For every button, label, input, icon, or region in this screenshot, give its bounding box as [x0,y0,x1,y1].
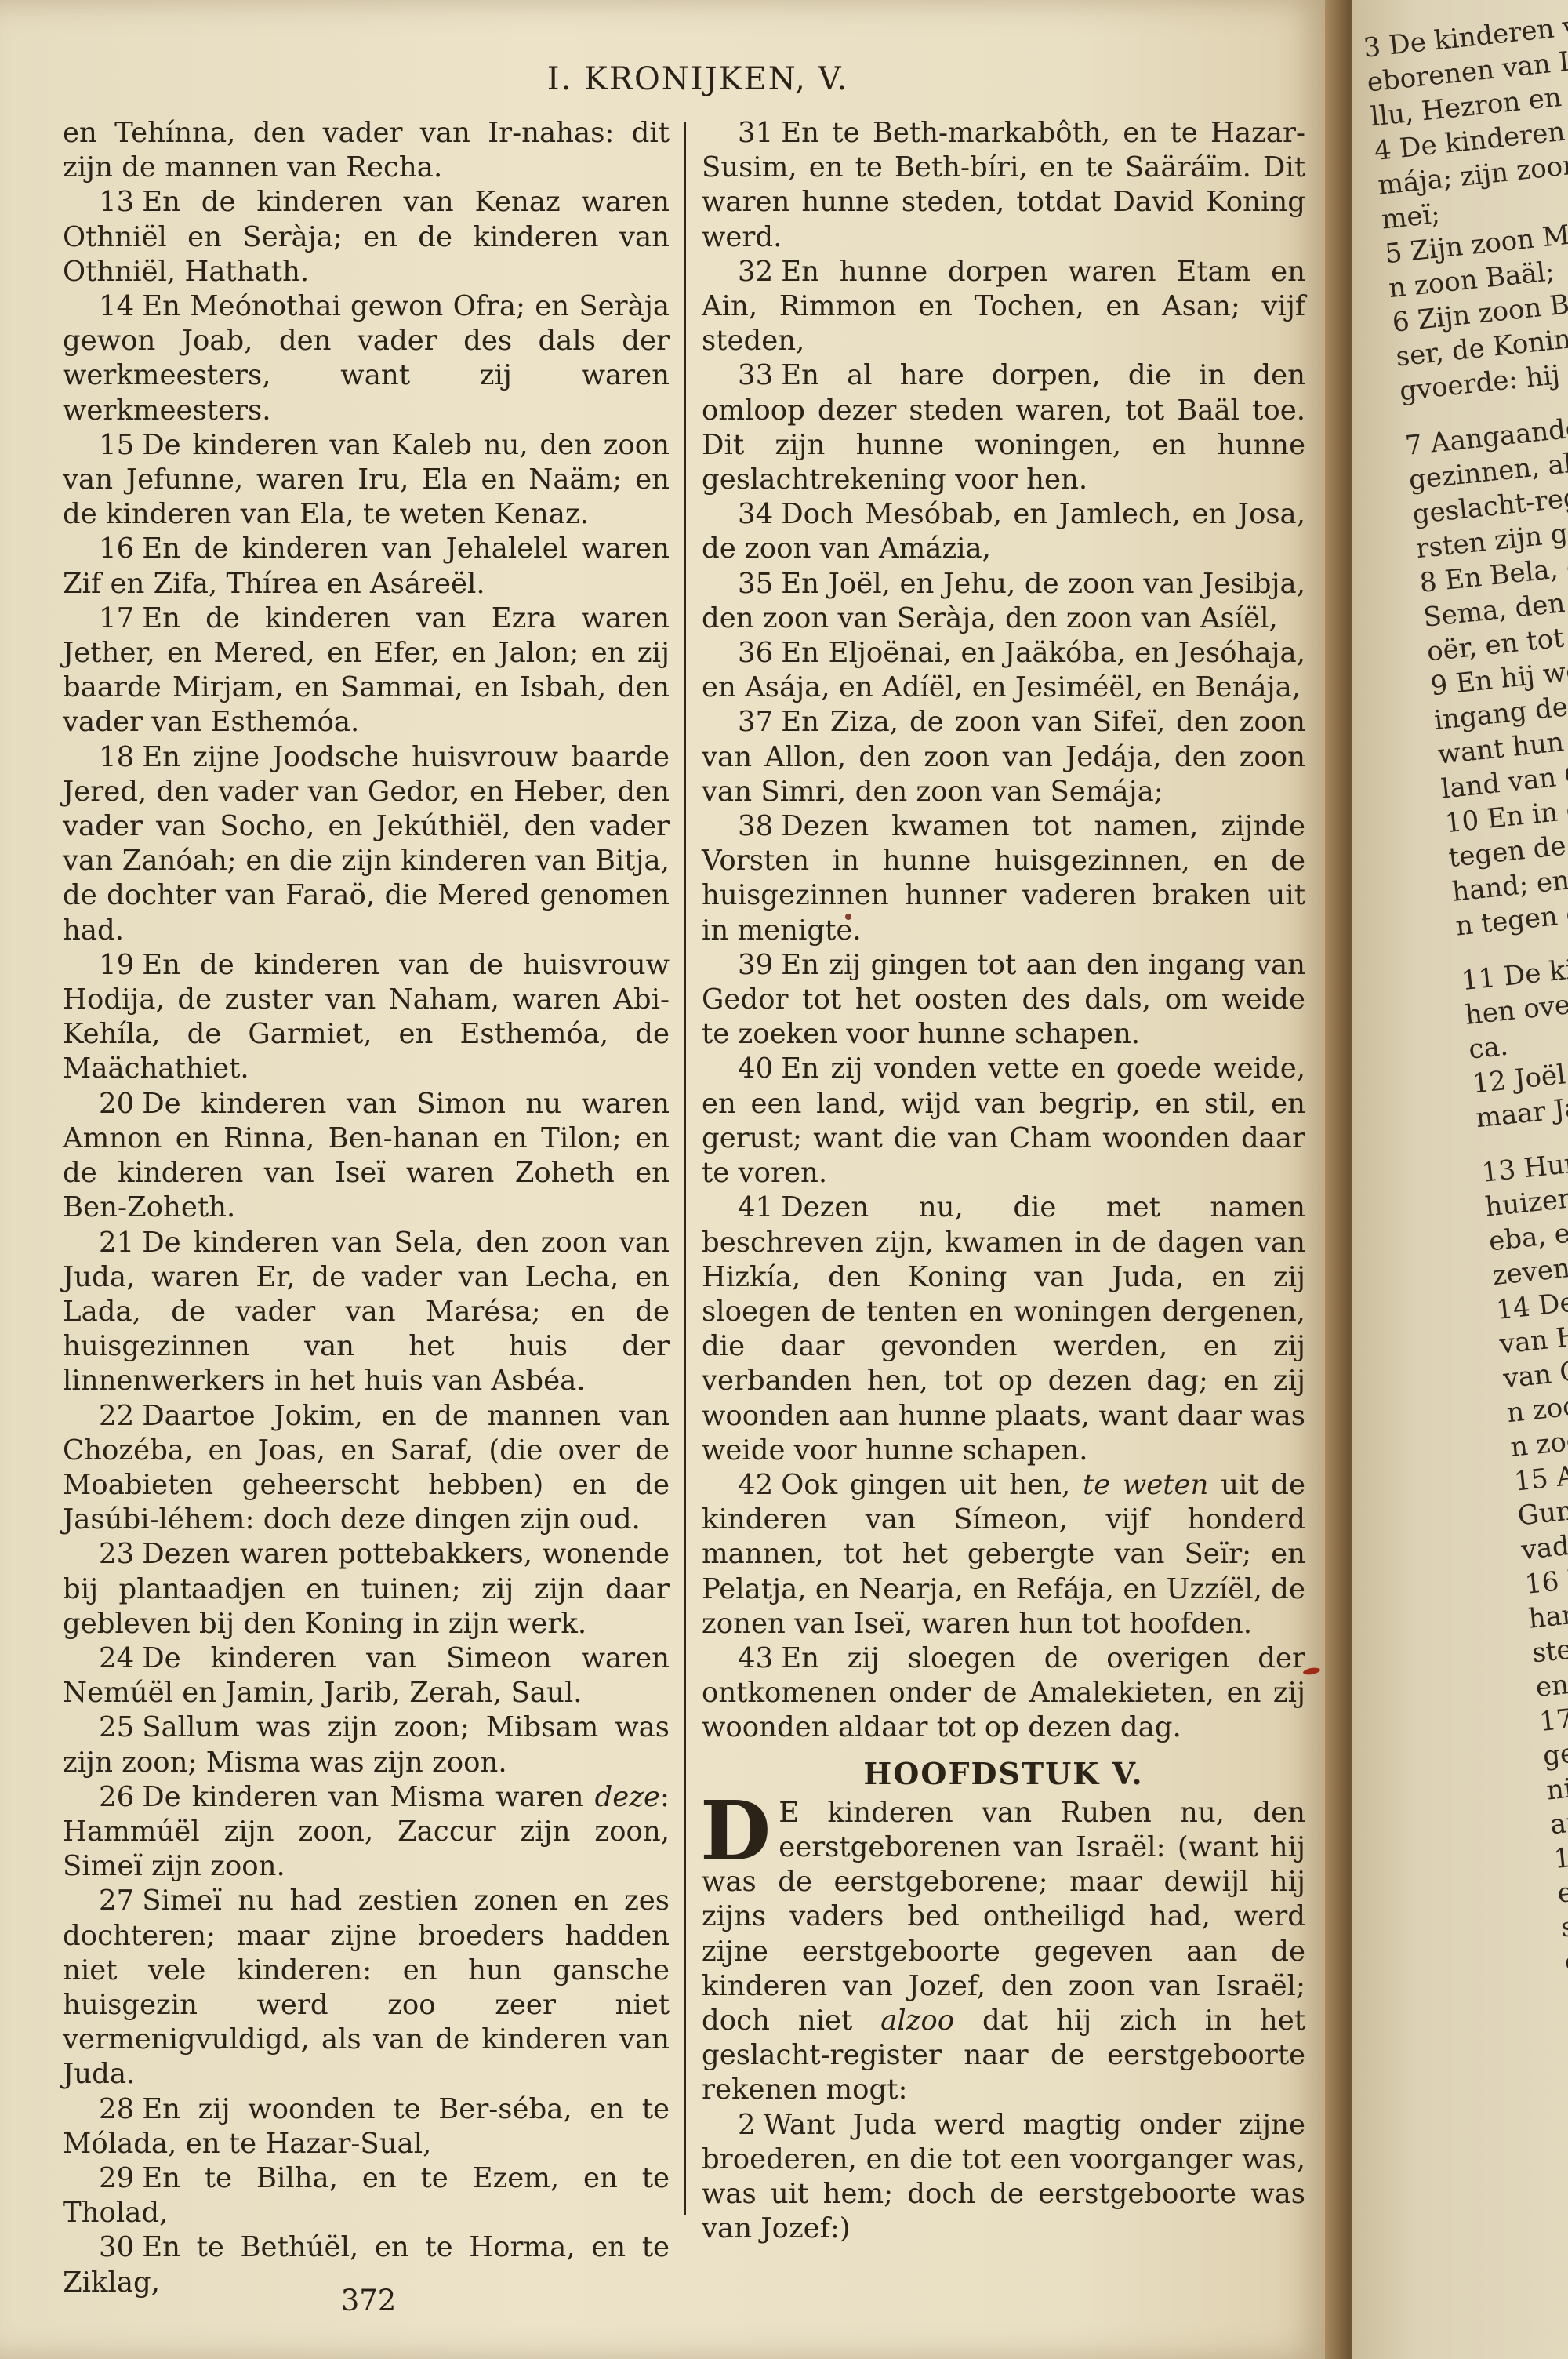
verse: 17En de kinderen van Ezra waren Jether, … [63,602,670,740]
verse-text: Daartoe Jokim, en de mannen van Chozéba,… [63,1400,670,1536]
verse-text: En Meónothai gewon Ofra; en Seràja gewon… [63,290,670,427]
verse-number: 20 [99,1088,134,1120]
verse-number: 43 [738,1642,773,1674]
verse-text: De kinderen van Kaleb nu, den zoon van J… [63,429,670,530]
verse-number: 29 [99,2162,134,2194]
verse-text: E kinderen van Ruben nu, den eerstgebore… [702,1797,1305,2037]
verse-text: En Eljoënai, en Jaäkóba, en Jesóhaja, en… [702,637,1305,703]
verse-number: 34 [738,498,773,530]
verse: 18En zijne Joodsche huisvrouw baarde Jer… [63,740,670,948]
verse-text: Doch Mesóbab, en Jamlech, en Josa, de zo… [702,498,1305,565]
verse-text: De kinderen van Simeon waren Nemúël en J… [63,1642,670,1709]
verse-number: 26 [99,1781,134,1813]
verse-number: 25 [99,1711,134,1743]
verse-number: 27 [99,1885,134,1917]
verse-number: 36 [738,637,773,669]
verse-text: en Tehínna, den vader van Ir-nahas: dit … [63,117,670,184]
verse: 2Want Juda werd magtig onder zijne broed… [702,2108,1305,2247]
verse-text: Dezen waren pottebakkers, wonende bij pl… [63,1538,670,1639]
verse-number: 15 [99,429,134,461]
verse: 13En de kinderen van Kenaz waren Othniël… [63,185,670,289]
verse-number: 23 [99,1538,134,1570]
verse-number: 2 [738,2109,756,2141]
column-divider [684,122,686,2215]
verse: 25Sallum was zijn zoon; Mibsam was zijn … [63,1710,670,1779]
verse: 26De kinderen van Misma waren deze: Hamm… [63,1780,670,1885]
verse-number: 17 [99,602,134,634]
verse-text: De kinderen van Simon nu waren Amnon en … [63,1088,670,1224]
verse-number: 18 [99,741,134,773]
verse-italic-text: te weten [1083,1469,1209,1501]
verse-text: En zij vonden vette en goede weide, en e… [702,1052,1305,1189]
verse-italic-text: alzoo [880,2005,954,2037]
verse: 33En al hare dorpen, die in den omloop d… [702,358,1305,497]
verse-number: 14 [99,290,134,322]
verse-text: Ook gingen uit hen, [781,1469,1083,1501]
verse-number: 16 [99,533,134,565]
verse: 21De kinderen van Sela, den zoon van Jud… [63,1226,670,1399]
verse: 31En te Beth-markabôth, en te Hazar-Susi… [702,116,1305,255]
facing-page-text: 3 De kinderen van Rubeborenen van Israël… [1362,0,1568,2151]
verse: 27Simeï nu had zestien zonen en zes doch… [63,1884,670,2092]
verse-text: Dezen kwamen tot namen, zijnde Vorsten i… [702,810,1305,947]
verse-text: En zij gingen tot aan den ingang van Ged… [702,949,1305,1050]
verse-number: 33 [738,359,773,391]
verse-text: Sallum was zijn zoon; Mibsam was zijn zo… [63,1711,670,1778]
verse-text: De kinderen van Misma waren [142,1781,594,1813]
verse: 39En zij gingen tot aan den ingang van G… [702,948,1305,1052]
verse-number: 21 [99,1227,134,1259]
verse-italic-text: deze [595,1781,660,1813]
verse-text: En de kinderen van Kenaz waren Othniël e… [63,186,670,287]
verse-number: 28 [99,2093,134,2125]
verse-text: En zij woonden te Ber-séba, en te Mólada… [63,2093,670,2160]
verse-text: En te Beth-markabôth, en te Hazar-Susim,… [702,117,1305,253]
verse: 37En Ziza, de zoon van Sifeï, den zoon v… [702,705,1305,809]
verse-text: Dezen nu, die met namen beschreven zijn,… [702,1191,1305,1466]
verse-text: En Joël, en Jehu, de zoon van Jesibja, d… [702,568,1305,634]
verse-text: De kinderen van Sela, den zoon van Juda,… [63,1227,670,1398]
verse-number: 19 [99,949,134,981]
ink-speck [845,914,851,920]
verse-text: En Ziza, de zoon van Sifeï, den zoon van… [702,706,1305,807]
verse-text: Want Juda werd magtig onder zijne broede… [702,2109,1305,2245]
verse-number: 40 [738,1052,773,1085]
verse: 41Dezen nu, die met namen beschreven zij… [702,1190,1305,1468]
verse-number: 32 [738,256,773,288]
verse: 32En hunne dorpen waren Etam en Ain, Rim… [702,255,1305,359]
verse: 43En zij sloegen de overigen der ontkome… [702,1641,1305,1746]
verse: 15De kinderen van Kaleb nu, den zoon van… [63,428,670,533]
verse: 22Daartoe Jokim, en de mannen van Chozéb… [63,1399,670,1538]
verse-number: 41 [738,1191,773,1223]
verse-number: 35 [738,568,773,600]
book-page-left: I. KRONIJKEN, V. en Tehínna, den vader v… [0,0,1333,2359]
verse: 23Dezen waren pottebakkers, wonende bij … [63,1537,670,1641]
verse-number: 22 [99,1400,134,1432]
continued-paragraph: en Tehínna, den vader van Ir-nahas: dit … [63,116,670,185]
drop-cap: D [700,1799,771,1863]
verse: 20De kinderen van Simon nu waren Amnon e… [63,1087,670,1226]
verse: 38Dezen kwamen tot namen, zijnde Vorsten… [702,809,1305,948]
verse: 34Doch Mesóbab, en Jamlech, en Josa, de … [702,497,1305,566]
verse-number: 13 [99,186,134,218]
verse-text: En zijne Joodsche huisvrouw baarde Jered… [63,741,670,947]
verse: 24De kinderen van Simeon waren Nemúël en… [63,1641,670,1710]
verse: 35En Joël, en Jehu, de zoon van Jesibja,… [702,567,1305,636]
verse-number: 39 [738,949,773,981]
verse-text: En de kinderen van Jehalelel waren Zif e… [63,533,670,599]
verse: 16En de kinderen van Jehalelel waren Zif… [63,532,670,601]
verse-number: 24 [99,1642,134,1674]
verse-text: Simeï nu had zestien zonen en zes dochte… [63,1885,670,2090]
chapter-heading: HOOFDSTUK V. [702,1757,1305,1791]
verse-text: En al hare dorpen, die in den omloop dez… [702,359,1305,496]
verse: 19En de kinderen van de huisvrouw Hodija… [63,948,670,1087]
verse-number: 31 [738,117,773,149]
verse-text: En hunne dorpen waren Etam en Ain, Rimmo… [702,256,1305,357]
verse-text: En zij sloegen de overigen der ontkomene… [702,1642,1305,1743]
verse-text: En de kinderen van de huisvrouw Hodija, … [63,949,670,1085]
left-text-column: en Tehínna, den vader van Ir-nahas: dit … [63,116,670,2300]
verse-number: 38 [738,810,773,842]
verse: 14En Meónothai gewon Ofra; en Seràja gew… [63,289,670,428]
verse-text: En te Bilha, en te Ezem, en te Tholad, [63,2162,670,2229]
page-number: 372 [337,2284,400,2317]
verse-number: 37 [738,706,773,738]
verse-number: 30 [99,2231,134,2263]
book-page-right-fragment: 3 De kinderen van Rubeborenen van Israël… [1352,0,1568,2359]
verse-number: 42 [738,1469,773,1501]
right-text-column: 31En te Beth-markabôth, en te Hazar-Susi… [702,116,1305,2246]
verse-text: En de kinderen van Ezra waren Jether, en… [63,602,670,739]
verse: 42Ook gingen uit hen, te weten uit de ki… [702,1468,1305,1641]
verse: 28En zij woonden te Ber-séba, en te Móla… [63,2092,670,2161]
verse: 40En zij vonden vette en goede weide, en… [702,1052,1305,1190]
verse: 29En te Bilha, en te Ezem, en te Tholad, [63,2161,670,2230]
running-head: I. KRONIJKEN, V. [502,61,894,97]
verse: 36En Eljoënai, en Jaäkóba, en Jesóhaja, … [702,636,1305,705]
chapter-opening-paragraph: DE kinderen van Ruben nu, den eerstgebor… [702,1796,1305,2108]
